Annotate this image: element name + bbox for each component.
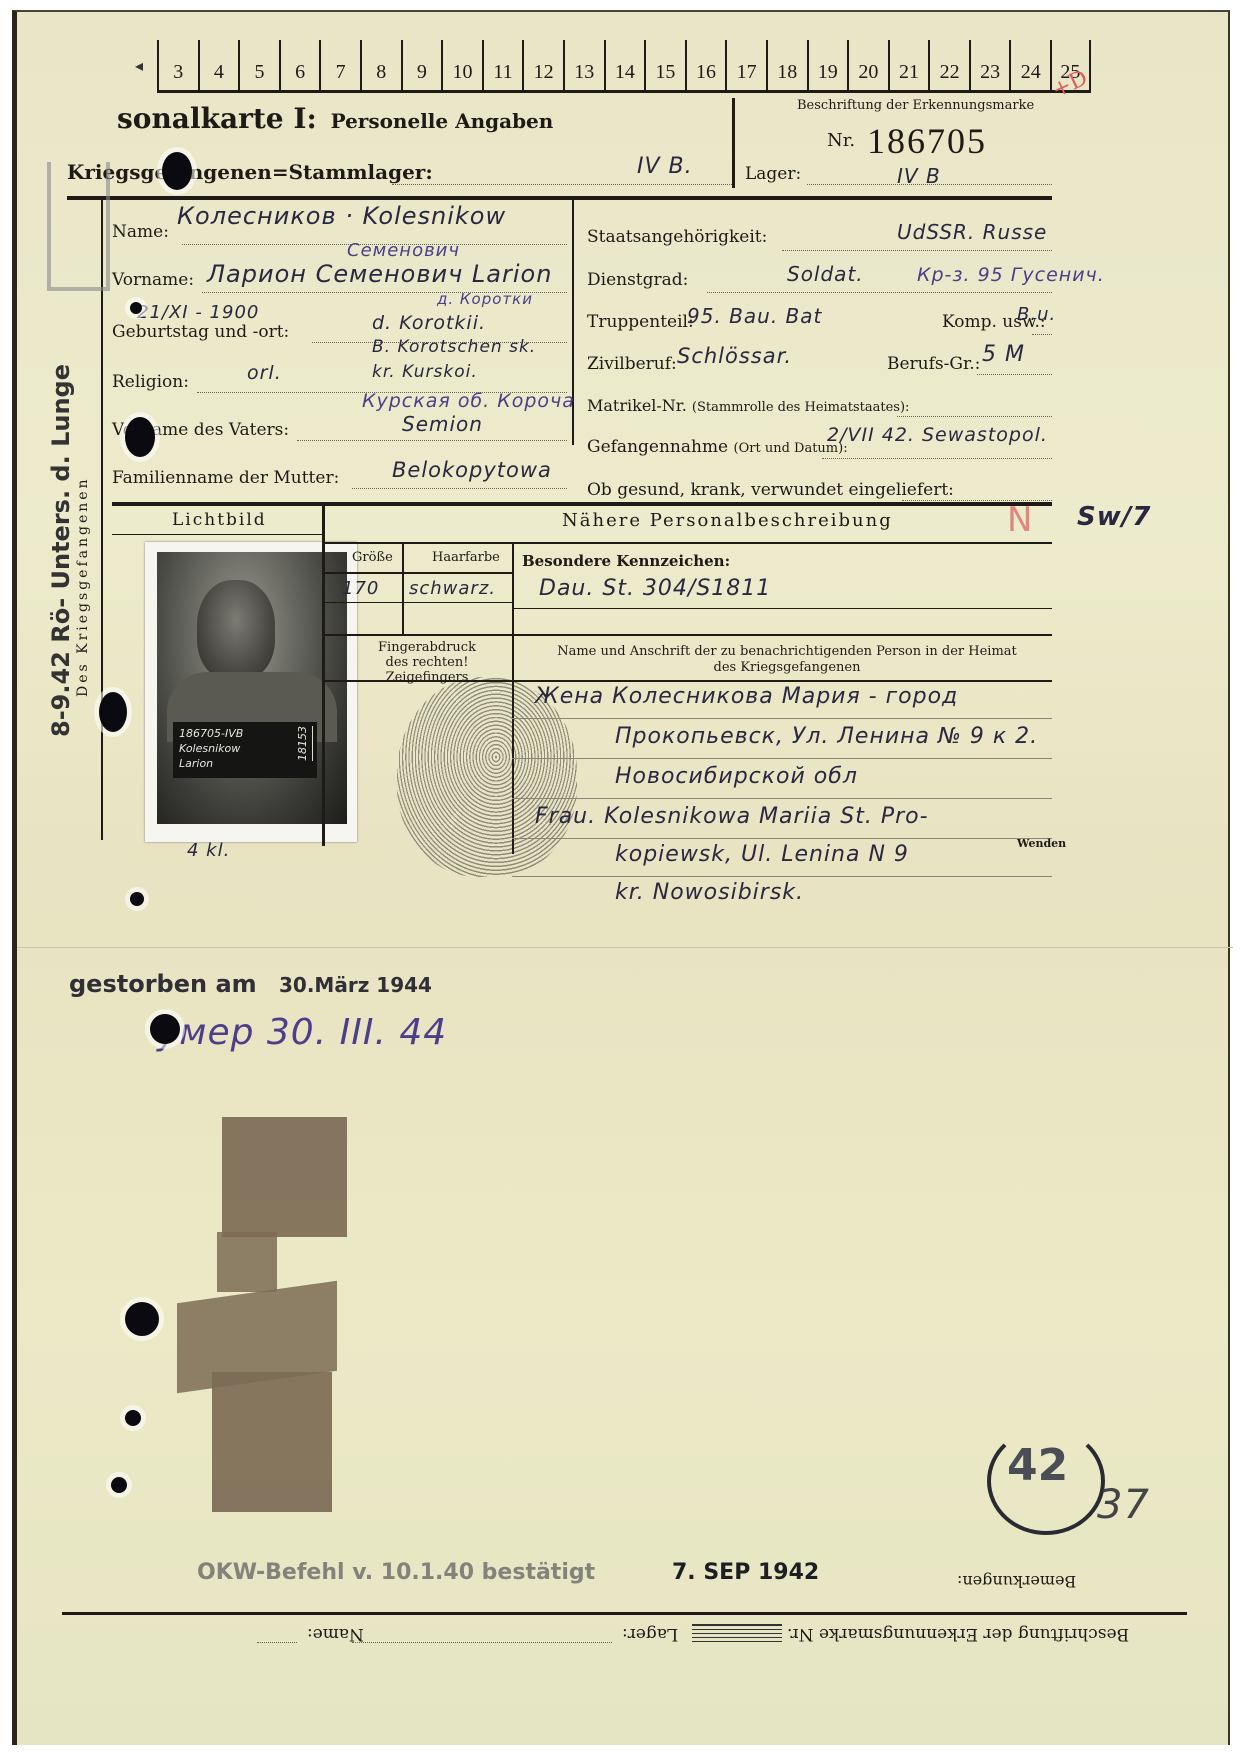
geburtstag-value: 21/XI - 1900	[137, 302, 259, 323]
tape-piece-top	[222, 1117, 347, 1237]
ruler-cell: 19	[807, 40, 848, 90]
tag-nr-value: 186705	[867, 120, 987, 162]
number-ruler: 345678910111213141516171819202122232425	[157, 40, 1091, 93]
punch-hole	[111, 1477, 127, 1493]
death-stamp: gestorben am 30.März 1944	[69, 970, 432, 998]
religion-value: orl.	[247, 362, 282, 384]
punch-hole	[162, 152, 192, 190]
ruler-cell: 6	[279, 40, 320, 90]
contact-line: kr. Nowosibirsk.	[615, 880, 804, 905]
punch-hole	[150, 1014, 180, 1044]
bemerkungen-label: Bemerkungen:	[957, 1572, 1076, 1591]
contact-header: Name und Anschrift der zu benachrichtige…	[522, 644, 1052, 676]
truppenteil-value: 95. Bau. Bat	[687, 304, 822, 328]
punch-hole	[125, 1410, 141, 1426]
ruler-cell: 11	[482, 40, 523, 90]
geburtsort-line-2: d. Korotkii.	[372, 312, 486, 334]
patronymic-value: Семенович	[347, 240, 460, 261]
contact-header-1: Name und Anschrift der zu benachrichtige…	[522, 644, 1052, 660]
haarfarbe-label: Haarfarbe	[432, 550, 500, 565]
name-value: Колесников · Kolesnikow	[177, 202, 506, 230]
stammlager-label: Kriegsgefangenen=Stammlager:	[67, 160, 433, 184]
ruler-cell: 8	[360, 40, 401, 90]
komp-value: B.u.	[1017, 304, 1056, 325]
ruler-cell: 4	[198, 40, 239, 90]
ruler-cell: 23	[969, 40, 1010, 90]
mutter-label: Familienname der Mutter:	[112, 468, 339, 488]
zivilberuf-label: Zivilberuf:	[587, 354, 677, 374]
signature-mark: Sw/7	[1077, 502, 1151, 532]
finger-label-1: Fingerabdruck	[347, 640, 507, 655]
ruler-cell: 14	[604, 40, 645, 90]
photo-name-plate: 186705-IVB Kolesnikow Larion 18153	[173, 722, 317, 778]
punch-hole	[130, 302, 142, 314]
gefangen-label: Gefangennahme (Ort und Datum):	[587, 437, 848, 457]
wenden-mark: Wenden	[1017, 837, 1066, 850]
ruler-cell: 7	[319, 40, 360, 90]
ruler-cell: 9	[401, 40, 442, 90]
ruler-cell: 3	[157, 40, 198, 90]
card-title: sonalkarte I: Personelle Angaben	[117, 102, 553, 135]
lung-exam-stamp: 8-9.42 Rö- Unters. d. Lunge	[47, 364, 75, 737]
kennzeichen-value: Dau. St. 304/S1811	[539, 576, 771, 601]
gefangen-value: 2/VII 42. Sewastopol.	[827, 424, 1048, 446]
ruler-cell: 16	[685, 40, 726, 90]
ruler-cell: 10	[441, 40, 482, 90]
matrikel-label-text: Matrikel-Nr.	[587, 396, 687, 415]
name-label: Name:	[112, 222, 169, 242]
gesund-label: Ob gesund, krank, verwundet eingeliefert…	[587, 480, 954, 500]
death-stamp-date: 30.März 1944	[279, 973, 432, 997]
title-main: sonalkarte I:	[117, 102, 317, 135]
description-header: Nähere Personalbeschreibung	[562, 510, 893, 531]
berufsgr-value: 5 M	[982, 342, 1025, 367]
groesse-label: Größe	[352, 550, 393, 565]
mutter-value: Belokopytowa	[392, 458, 552, 482]
geburtsort-line-4: kr. Kurskoi.	[372, 362, 478, 382]
page-number: 37	[1097, 1482, 1150, 1528]
dienstgrad-violet-note: Кр-з. 95 Гусенич.	[917, 264, 1105, 286]
vertical-print-text: Des Kriegsgefangenen	[75, 364, 91, 697]
tag-nr-label: Nr.	[827, 130, 855, 151]
ruler-arrow-icon: ◂	[135, 56, 143, 75]
dienstgrad-value: Soldat.	[787, 262, 864, 286]
ruler-cell: 18	[766, 40, 807, 90]
contact-line: kopiewsk, Ul. Lenina N 9	[615, 842, 909, 867]
ruler-cell: 21	[888, 40, 929, 90]
death-handwritten: умер 30. III. 44	[157, 1012, 447, 1053]
plate-firstname: Larion	[179, 756, 311, 771]
punch-hole	[99, 692, 127, 732]
plate-number: 186705-IVB	[179, 726, 311, 741]
death-stamp-label: gestorben am	[69, 970, 257, 998]
circle-number: 42	[1007, 1440, 1068, 1491]
footer-lager-label: Lager:	[622, 1624, 678, 1644]
stammlager-value: IV B.	[637, 154, 693, 179]
footer-beschriftung-label: Beschriftung der Erkennungsmarke Nr.	[787, 1624, 1129, 1644]
ruler-cell: 13	[563, 40, 604, 90]
okw-stamp: OKW-Befehl v. 10.1.40 bestätigt	[197, 1560, 595, 1585]
tape-piece-bottom	[212, 1372, 332, 1512]
vorname-value: Ларион Семенович Larion	[207, 260, 552, 288]
contact-line: Жена Колесникова Мария - город	[535, 684, 958, 709]
haarfarbe-value: schwarz.	[409, 578, 496, 599]
lager-value: IV B	[897, 164, 941, 188]
geburtsort-line-3: B. Korotschen sk.	[372, 337, 536, 357]
tag-header: Beschriftung der Erkennungsmarke	[797, 98, 1034, 113]
ruler-cell: 15	[644, 40, 685, 90]
red-n-mark: N	[1007, 500, 1032, 540]
gefangen-label-text: Gefangennahme	[587, 437, 728, 457]
plate-side-number: 18153	[295, 726, 313, 761]
geburtsort-line-1: д. Коротки	[437, 290, 533, 308]
kennzeichen-label: Besondere Kennzeichen:	[522, 552, 730, 570]
ruler-cell: 17	[725, 40, 766, 90]
date-stamp: 7. SEP 1942	[672, 1560, 819, 1585]
title-sub: Personelle Angaben	[331, 109, 554, 133]
staat-label: Staatsangehörigkeit:	[587, 227, 767, 247]
ruler-cell: 22	[928, 40, 969, 90]
photo-caption: 4 kl.	[187, 840, 230, 861]
vorname-label: Vorname:	[112, 270, 194, 290]
dienstgrad-label: Dienstgrad:	[587, 270, 688, 290]
personalkarte-card: 345678910111213141516171819202122232425 …	[12, 10, 1230, 1745]
footer-name-label: Name:	[307, 1624, 364, 1644]
contact-line: Новосибирской обл	[615, 764, 858, 789]
vertical-stamp: 8-9.42 Rö- Unters. d. Lunge Des Kriegsge…	[47, 364, 91, 737]
stamp-outline-mark	[47, 162, 110, 291]
ruler-cell: 5	[238, 40, 279, 90]
contact-header-2: des Kriegsgefangenen	[522, 660, 1052, 676]
contact-line: Frau. Kolesnikowa Mariia St. Pro-	[535, 804, 929, 829]
matrikel-note: (Stammrolle des Heimatstaates):	[692, 400, 910, 415]
staat-value: UdSSR. Russe	[897, 220, 1047, 244]
punch-hole	[125, 417, 155, 457]
plate-surname: Kolesnikow	[179, 741, 311, 756]
ruler-cell: 24	[1009, 40, 1050, 90]
lager-label: Lager:	[745, 164, 801, 184]
zivilberuf-value: Schlössar.	[677, 344, 792, 368]
photo-header: Lichtbild	[172, 510, 267, 530]
geburtstag-label: Geburtstag und -ort:	[112, 322, 289, 342]
groesse-value: 170	[342, 578, 379, 599]
berufsgr-label: Berufs-Gr.:	[887, 354, 980, 374]
matrikel-label: Matrikel-Nr. (Stammrolle des Heimatstaat…	[587, 396, 909, 415]
religion-label: Religion:	[112, 372, 189, 392]
punch-hole	[125, 1302, 159, 1336]
prisoner-photo: 186705-IVB Kolesnikow Larion 18153	[145, 542, 357, 842]
contact-line: Прокопьевск, Ул. Ленина № 9 к 2.	[615, 724, 1038, 749]
truppenteil-label: Truppenteil:	[587, 312, 694, 332]
ruler-cell: 12	[522, 40, 563, 90]
address-russian: Курская об. Короча	[362, 390, 575, 412]
punch-hole	[130, 892, 144, 906]
tape-piece-mid	[217, 1232, 277, 1292]
photo-head	[197, 580, 275, 680]
vater-value: Semion	[402, 412, 483, 436]
footer-tag-number-lines	[692, 1624, 782, 1642]
ruler-cell: 20	[847, 40, 888, 90]
